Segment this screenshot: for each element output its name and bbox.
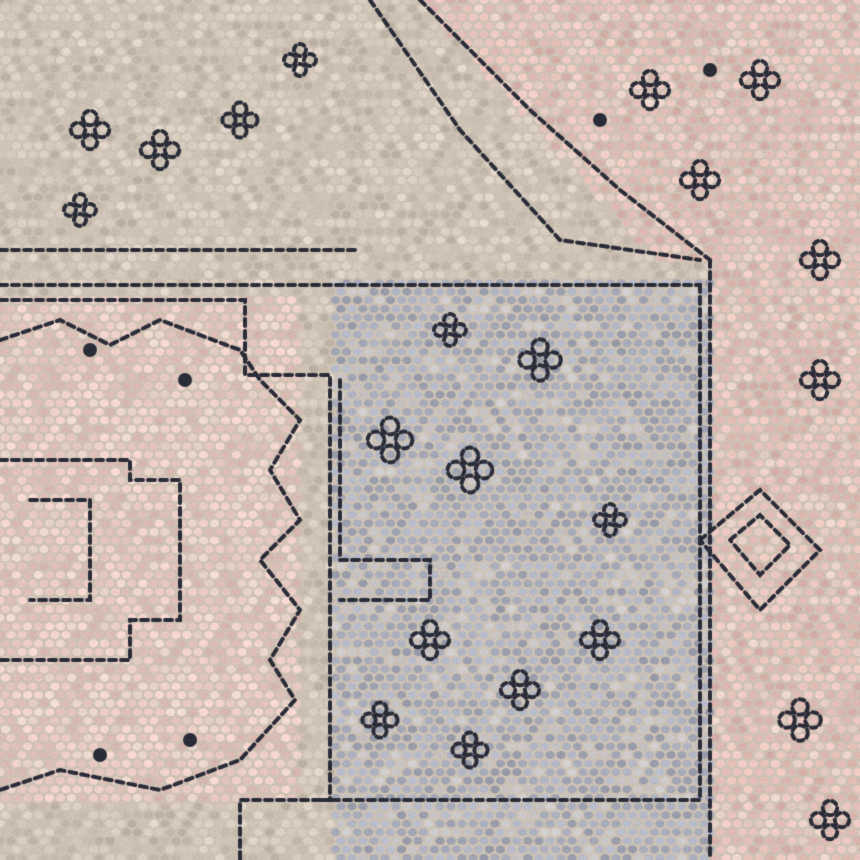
woven-rug-canvas — [0, 0, 860, 860]
rug-texture-photo — [0, 0, 860, 860]
